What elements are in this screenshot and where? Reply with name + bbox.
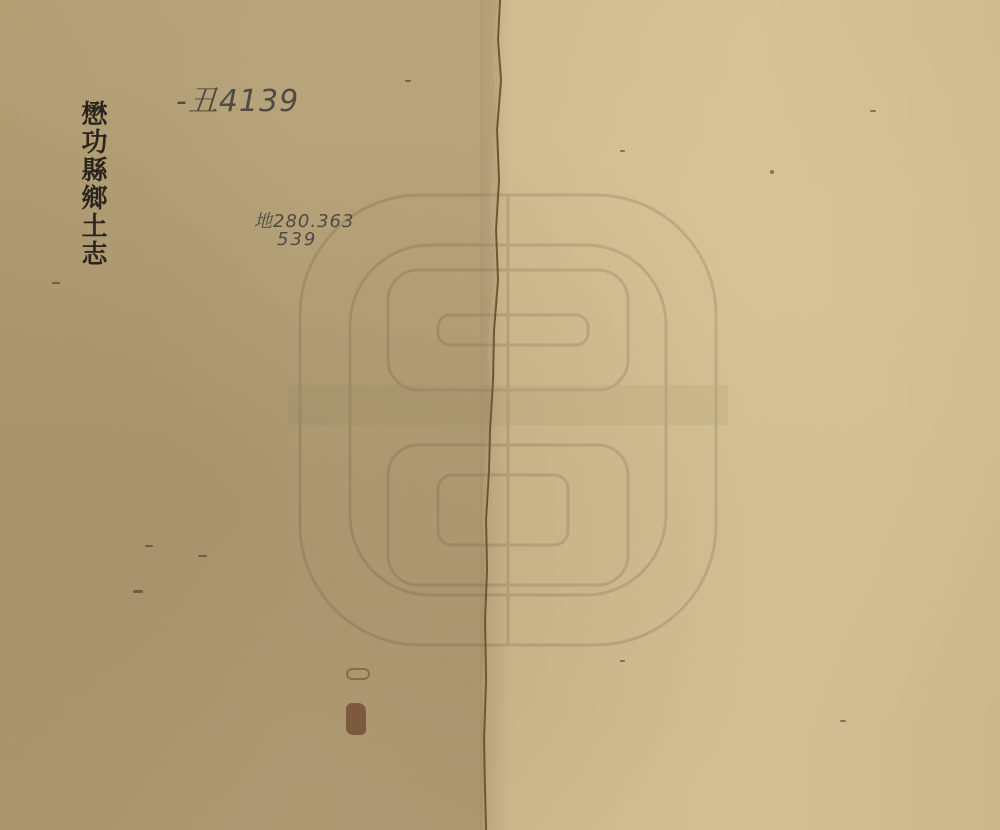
catalog-number: -丑4139 (176, 76, 299, 120)
stain-mark (346, 668, 370, 680)
document-title: 懋功縣鄉土志 (76, 100, 108, 268)
stain-mark (346, 703, 366, 735)
document-page: 懋功縣鄉土志 -丑4139 地280.363 539 (0, 0, 1000, 830)
call-number-line-2: 539 (277, 229, 317, 250)
center-tear (480, 0, 510, 830)
